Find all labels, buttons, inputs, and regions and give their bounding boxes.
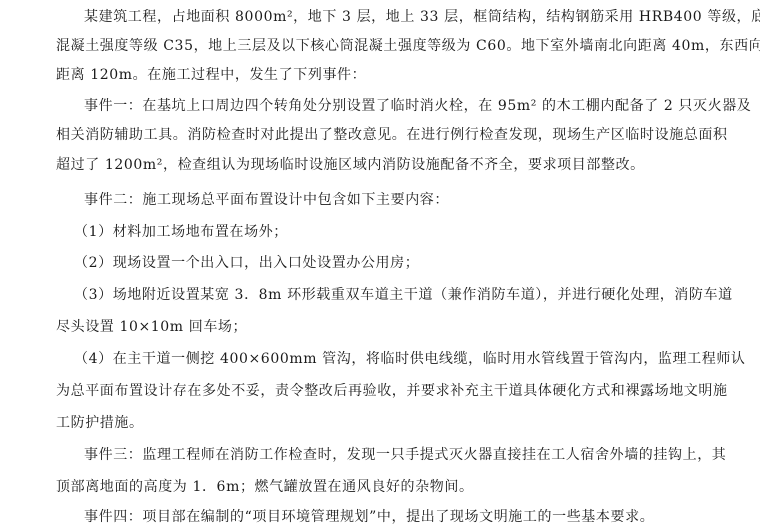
event-3-line-1: 事件三：监理工程师在消防工作检查时，发现一只手提式灭火器直接挂在工人宿舍外墙的挂… xyxy=(84,446,726,464)
event-3-line-2: 顶部离地面的高度为 1．6m；燃气罐放置在通风良好的杂物间。 xyxy=(56,478,474,496)
event-2-item-3-line-2: 尽头设置 10×10m 回车场； xyxy=(56,318,247,336)
event-2-heading: 事件二：施工现场总平面布置设计中包含如下主要内容： xyxy=(84,191,449,209)
paragraph-intro-line-3: 距离 120m。在施工过程中，发生了下列事件： xyxy=(56,66,366,84)
event-2-item-2: （2）现场设置一个出入口，出入口处设置办公用房； xyxy=(74,254,419,272)
event-2-item-4-line-1: （4）在主干道一侧挖 400×600mm 管沟，将临时供电线缆，临时用水管线置于… xyxy=(74,350,746,368)
event-2-item-4-line-3: 工防护措施。 xyxy=(56,414,144,432)
event-1-line-1: 事件一：在基坑上口周边四个转角处分别设置了临时消火栓，在 95m² 的木工棚内配… xyxy=(84,97,751,115)
paragraph-intro-line-1: 某建筑工程，占地面积 8000m²，地下 3 层，地上 33 层，框筒结构，结构… xyxy=(84,8,760,26)
event-2-item-3-line-1: （3）场地附近设置某宽 3．8m 环形载重双车道主干道（兼作消防车道），并进行硬… xyxy=(74,286,733,304)
event-2-item-1: （1）材料加工场地布置在场外； xyxy=(74,223,288,241)
event-1-line-3: 超过了 1200m²，检查组认为现场临时设施区域内消防设施配备不齐全，要求项目部… xyxy=(56,156,645,174)
event-1-line-2: 相关消防辅助工具。消防检查时对此提出了整改意见。在进行例行检查发现，现场生产区临… xyxy=(56,126,728,144)
event-4-line-1: 事件四：项目部在编制的“项目环境管理规划”中，提出了现场文明施工的一些基本要求。 xyxy=(84,508,654,526)
paragraph-intro-line-2: 混凝土强度等级 C35，地上三层及以下核心筒混凝土强度等级为 C60。地下室外墙… xyxy=(56,37,760,55)
event-2-item-4-line-2: 为总平面布置设计存在多处不妥，责令整改后再验收，并要求补充主干道具体硬化方式和裸… xyxy=(56,382,728,400)
